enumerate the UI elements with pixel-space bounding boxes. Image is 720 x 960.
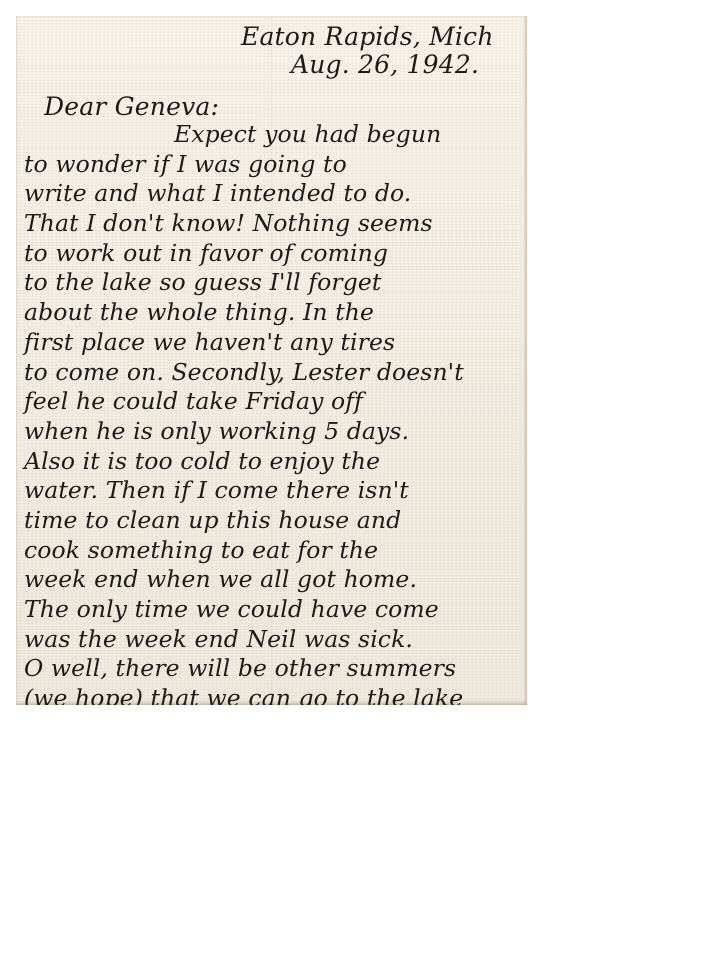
letter-line: O well, there will be other summers <box>24 654 524 684</box>
letter-line: The only time we could have come <box>24 595 524 625</box>
letter-line: time to clean up this house and <box>24 506 524 536</box>
letter-line: water. Then if I come there isn't <box>24 476 524 506</box>
letter-line: to the lake so guess I'll forget <box>24 268 524 298</box>
handwritten-letter-page: Eaton Rapids, Mich Aug. 26, 1942. Dear G… <box>16 16 527 705</box>
letter-line: was the week end Neil was sick. <box>24 625 524 655</box>
letter-salutation: Dear Geneva: <box>44 92 219 121</box>
letter-line: That I don't know! Nothing seems <box>24 209 524 239</box>
letter-place: Eaton Rapids, Mich <box>241 22 494 51</box>
letter-line: week end when we all got home. <box>24 565 524 595</box>
letter-date: Aug. 26, 1942. <box>291 50 479 79</box>
letter-line: about the whole thing. In the <box>24 298 524 328</box>
letter-line: Expect you had begun <box>24 120 524 150</box>
letter-line: write and what I intended to do. <box>24 179 524 209</box>
letter-line: Also it is too cold to enjoy the <box>24 447 524 477</box>
page: Eaton Rapids, Mich Aug. 26, 1942. Dear G… <box>0 0 720 960</box>
letter-body: Expect you had begun to wonder if I was … <box>24 120 524 705</box>
letter-line: (we hope) that we can go to the lake <box>24 684 524 705</box>
letter-line: to work out in favor of coming <box>24 239 524 269</box>
letter-line: to come on. Secondly, Lester doesn't <box>24 358 524 388</box>
letter-line: feel he could take Friday off <box>24 387 524 417</box>
letter-line: when he is only working 5 days. <box>24 417 524 447</box>
letter-line: cook something to eat for the <box>24 536 524 566</box>
letter-line: first place we haven't any tires <box>24 328 524 358</box>
letter-line: to wonder if I was going to <box>24 150 524 180</box>
